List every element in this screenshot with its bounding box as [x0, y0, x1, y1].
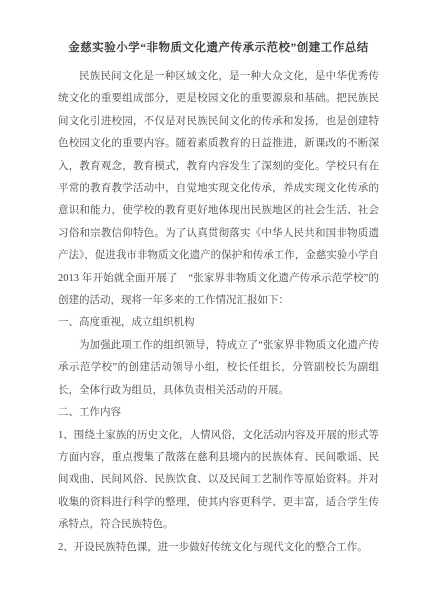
paragraph-intro: 民族民间文化是一种区域文化，是一种大众文化，是中华优秀传统文化的重要组成部分，更… — [58, 66, 379, 312]
document-title: 金慈实验小学“非物质文化遗产传承示范校”创建工作总结 — [58, 38, 379, 58]
document-page: 金慈实验小学“非物质文化遗产传承示范校”创建工作总结 民族民间文化是一种区域文化… — [0, 0, 423, 600]
paragraph-organization: 为加强此项工作的组织领导，特成立了“张家界非物质文化遗产传承示范学校”的创建活动… — [58, 335, 379, 402]
work-item-1: 1、围绕土家族的历史文化，人情风俗，文化活动内容及开展的形式等方面内容，重点搜集… — [58, 425, 379, 537]
work-item-2: 2、开设民族特色课，进一步做好传统文化与现代文化的整合工作。 — [58, 537, 379, 559]
section-heading-2: 二、工作内容 — [58, 402, 379, 424]
section-heading-1: 一、高度重视，成立组织机构 — [58, 312, 379, 334]
